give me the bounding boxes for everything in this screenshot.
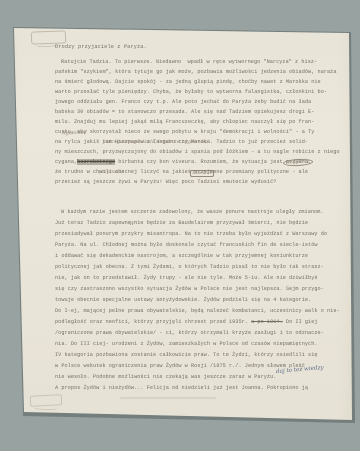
typed-line: Ratujcie Tadzia. To pierwsze. Niedawno w… [55, 57, 347, 67]
pencil-annotation: przyznacie [99, 170, 124, 175]
pencil-annotation: Agencias/ [62, 130, 87, 137]
typed-line: nie wesoło. Podobne możliwości nie czeka… [55, 372, 347, 383]
typed-line: /ograniczone prawa obywatelskie/ - ci, k… [55, 328, 347, 339]
typed-line: politycznej jak obecna. Z tymi Żydami, o… [55, 262, 347, 273]
typed-line: IV kategoria pozbawiona zostanie całkowi… [55, 350, 347, 361]
salutation: Drodzy przyjaciele z Paryża. [55, 44, 147, 50]
typed-line: i oddawać się dekadenckim nastrojom, a s… [55, 251, 347, 262]
typed-line: A propos Żydów i nieżydów... Felicja od … [55, 383, 347, 394]
typed-line: warto przesłać tyle pieniędzy. Chyba, że… [55, 87, 347, 97]
typed-line: cusku, aby skorzystał nieco ze swego pob… [55, 127, 347, 137]
typed-line: pańskim "szykiem", która tytuje go jak m… [55, 67, 347, 77]
overtyped-word: bezrobotnego [77, 159, 115, 165]
typed-line: towuje obecnie specjalne ustawy antyżydo… [55, 295, 347, 306]
typed-line: Paryża. Na ul. Chłodnej można było dosko… [55, 240, 347, 251]
typed-line: W każdym razie jestem szczerze zadowolon… [55, 207, 347, 218]
letter-text: Drodzy przyjaciele z Paryża. Ratujcie Ta… [0, 0, 360, 451]
struck-text: a po 1914. [251, 319, 283, 325]
typed-line: ny mieszczuch, przyzwyczajony do obiadów… [55, 147, 347, 157]
typed-line: nie, jak on to przedstawił. Żydy trupy -… [55, 273, 347, 284]
typed-line: babska 30 obiadów = to stanowczo przesad… [55, 107, 347, 117]
pencil-annotation: jest regularnego składu, świadectw i dyp… [103, 140, 208, 145]
typed-line: Do I-ej, mającej pełne prawa obywatelski… [55, 306, 347, 317]
typed-line: się czy zastraszono wszystko sytuacja Ży… [55, 284, 347, 295]
scanned-letter-page: { "colors":{ "background":"#98a2a1", "pa… [0, 0, 360, 451]
typed-line: Już teraz Tadzio zapewne nie będzie za B… [55, 218, 347, 229]
typed-line: milu. Znajduj mu lepiej jakąś miłą Franc… [55, 117, 347, 127]
typed-line: przecież są jeszcze żywi w Paryżu! Więc … [55, 177, 347, 187]
typed-line: nia. Do III ciej- urodzeni z Żydów, zami… [55, 339, 347, 350]
pencil-annotation: znacznie [190, 170, 214, 177]
typed-line: podległość oraz neofici, którzy przyjęli… [55, 317, 347, 328]
typed-line: na śmierć głodową. Dajcie spokój - za je… [55, 77, 347, 87]
typed-line: jowego oddziału gen. Franco czy t.p. Ale… [55, 97, 347, 107]
pencil-annotation: W [129, 221, 135, 227]
paragraph-1: Ratujcie Tadzia. To pierwsze. Niedawno w… [55, 57, 347, 187]
typed-line: przesiadywał ponurym przykry misantropa.… [55, 229, 347, 240]
